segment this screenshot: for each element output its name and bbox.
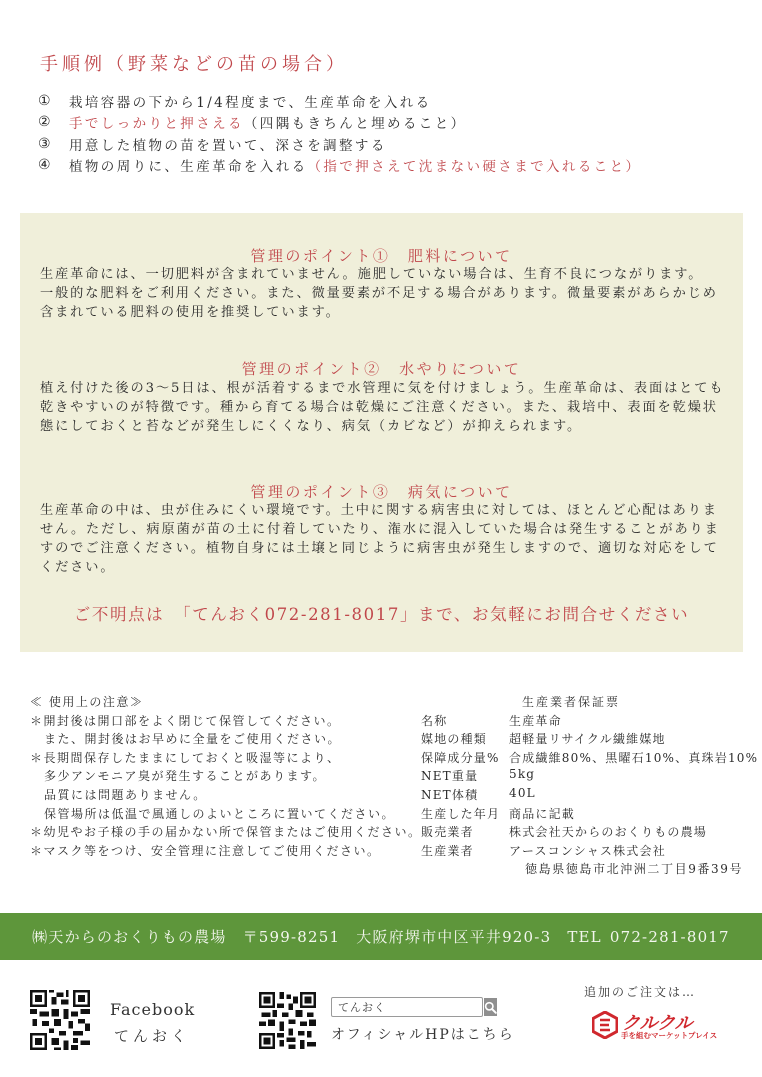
guarantee-row: 販売業者株式会社天からのおくりもの農場 [421,823,762,842]
body-line: 乾きやすいのが特徴です。種から育てる場合は乾燥にご注意ください。また、栽培中、表… [40,398,730,417]
search-input[interactable] [332,998,484,1016]
body-line: せん。ただし、病原菌が苗の土に付着していたり、潅水に混入していた場合は発生するこ… [40,520,730,539]
site-search-box [331,997,483,1017]
producer-guarantee-table: 生産業者保証票 名称生産革命 媒地の種類超軽量リサイクル繊維媒地 保障成分量%合… [421,693,762,879]
row-key: 生産した年月 [421,805,509,824]
steps-list: ① 栽培容器の下から1/4程度まで、生産革命を入れる ② 手でしっかりと押さえる… [38,90,748,176]
note-row: ＊長期間保存したままにしておくと吸湿等により、 [30,749,420,768]
management-points-box: 管理のポイント① 肥料について 生産革命には、一切肥料が含まれていません。施肥し… [20,213,743,652]
row-key: 名称 [421,712,509,731]
producer-address: 徳島県徳島市北沖洲二丁目9番39号 [421,860,762,879]
row-value: 商品に記載 [509,805,762,824]
tel-label: TEL [567,928,602,946]
body-line: ください。 [40,558,730,577]
step-text: 用意した植物の苗を置いて、深さを調整する [69,134,387,154]
company-info-band: ㈱天からのおくりもの農場 〒599-8251 大阪府堺市中区平井920-3 TE… [0,913,762,960]
step-text: 植物の周りに、生産革命を入れる [69,155,308,175]
step-highlight: 手でしっかりと押さえる [69,112,244,132]
note-row: ＊開封後は開口部をよく閉じて保管してください。 [30,712,420,731]
additional-order-label: 追加のご注文は… [584,983,696,1000]
guarantee-row: NET体積40L [421,786,762,805]
point-title-fertilizer: 管理のポイント① 肥料について [20,245,743,266]
point-body-watering: 植え付けた後の3～5日は、根が活着するまで水管理に気を付けましょう。生産革命は、… [40,379,730,436]
point-body-fertilizer: 生産革命には、一切肥料が含まれていません。施肥していない場合は、生育不良につなが… [40,265,730,322]
facebook-page-name: てんおく [114,1025,190,1046]
row-key: NET重量 [421,767,509,786]
point-body-disease: 生産革命の中は、虫が住みにくい環境です。土中に関する病害虫に対しては、ほとんど心… [40,501,730,577]
row-key: 販売業者 [421,823,509,842]
company-name: ㈱天からのおくりもの農場 [32,926,226,947]
body-line: 生産革命の中は、虫が住みにくい環境です。土中に関する病害虫に対しては、ほとんど心… [40,501,730,520]
facebook-label[interactable]: Facebook [110,1000,195,1019]
row-value: 超軽量リサイクル繊維媒地 [509,730,762,749]
official-site-qr-code[interactable] [259,992,316,1049]
tel-number: 072-281-8017 [610,928,730,946]
kurukuru-hexagon-icon [592,1011,618,1039]
note-row: ＊マスク等をつけ、安全管理に注意してご使用ください。 [30,842,420,861]
note-row: ＊幼児やお子様の手の届かない所で保管またはご使用ください。 [30,823,420,842]
steps-title: 手順例（野菜などの苗の場合） [40,50,348,76]
body-line: 一般的な肥料をご利用ください。また、微量要素が不足する場合があります。微量要素が… [40,284,730,303]
row-value: 株式会社天からのおくりもの農場 [509,823,762,842]
note-row: 保管場所は低温で風通しのよいところに置いてください。 [30,805,420,824]
qr-code-icon [30,990,90,1050]
row-key: 保障成分量% [421,749,509,768]
usage-notes: ≪ 使用上の注意≫ ＊開封後は開口部をよく閉じて保管してください。 また、開封後… [30,693,420,860]
logo-tagline: 手を組むマーケットプレイス [621,1030,717,1041]
step-number: ④ [38,157,69,173]
body-line: 態にしておくと苔などが発生しにくくなり、病気（カビなど）が抑えられます。 [40,417,730,436]
row-key: 媒地の種類 [421,730,509,749]
row-key: 生産業者 [421,842,509,861]
step-number: ① [38,93,69,109]
step-number: ② [38,114,69,130]
step-item: ② 手でしっかりと押さえる （四隅もきちんと埋めること） [38,112,748,134]
company-address: 大阪府堺市中区平井920-3 [356,926,551,947]
point-title-disease: 管理のポイント③ 病気について [20,481,743,502]
official-hp-link[interactable]: オフィシャルHPはこちら [331,1024,515,1044]
step-item: ① 栽培容器の下から1/4程度まで、生産革命を入れる [38,90,748,112]
qr-code-icon [259,992,316,1049]
step-tail: （四隅もきちんと埋めること） [244,112,467,132]
guarantee-row: 生産業者アースコンシャス株式会社 [421,842,762,861]
notes-title: ≪ 使用上の注意≫ [30,693,420,712]
guarantee-row: 保障成分量%合成繊維80%、黒曜石10%、真珠岩10% [421,749,762,768]
step-highlight: （指で押さえて沈まない硬さまで入れること） [308,155,642,175]
step-number: ③ [38,136,69,152]
body-line: 含まれている肥料の使用を推奨しています。 [40,303,730,322]
note-row: 品質には問題ありません。 [30,786,420,805]
row-value: 生産革命 [509,712,762,731]
guarantee-row: 生産した年月商品に記載 [421,805,762,824]
body-line: 生産革命には、一切肥料が含まれていません。施肥していない場合は、生育不良につなが… [40,265,730,284]
guarantee-row: 名称生産革命 [421,712,762,731]
search-button[interactable] [484,998,497,1016]
row-value: 40L [509,786,762,805]
point-title-watering: 管理のポイント② 水やりについて [20,358,743,379]
guarantee-title: 生産業者保証票 [421,693,762,712]
body-line: 植え付けた後の3～5日は、根が活着するまで水管理に気を付けましょう。生産革命は、… [40,379,730,398]
step-item: ③ 用意した植物の苗を置いて、深さを調整する [38,133,748,155]
guarantee-row: NET重量5kg [421,767,762,786]
row-value: 5kg [509,767,762,786]
postal-code: 〒599-8251 [243,926,341,947]
row-value: 合成繊維80%、黒曜石10%、真珠岩10% [509,749,762,768]
facebook-qr-code[interactable] [30,990,90,1050]
kurukuru-logo[interactable]: クルクル 手を組むマーケットプレイス [592,1009,720,1045]
step-text: 栽培容器の下から1/4程度まで、生産革命を入れる [69,91,432,111]
step-item: ④ 植物の周りに、生産革命を入れる （指で押さえて沈まない硬さまで入れること） [38,155,748,177]
contact-line: ご不明点は 「てんおく072-281-8017」まで、お気軽にお問合せください [20,601,743,625]
note-row: 多少アンモニア臭が発生することがあります。 [30,767,420,786]
row-value: アースコンシャス株式会社 [509,842,762,861]
body-line: すのでご注意ください。植物自身には土壌と同じように病害虫が発生しますので、適切な… [40,539,730,558]
guarantee-row: 媒地の種類超軽量リサイクル繊維媒地 [421,730,762,749]
row-key: NET体積 [421,786,509,805]
search-icon [484,1001,497,1014]
note-row: また、開封後はお早めに全量をご使用ください。 [30,730,420,749]
